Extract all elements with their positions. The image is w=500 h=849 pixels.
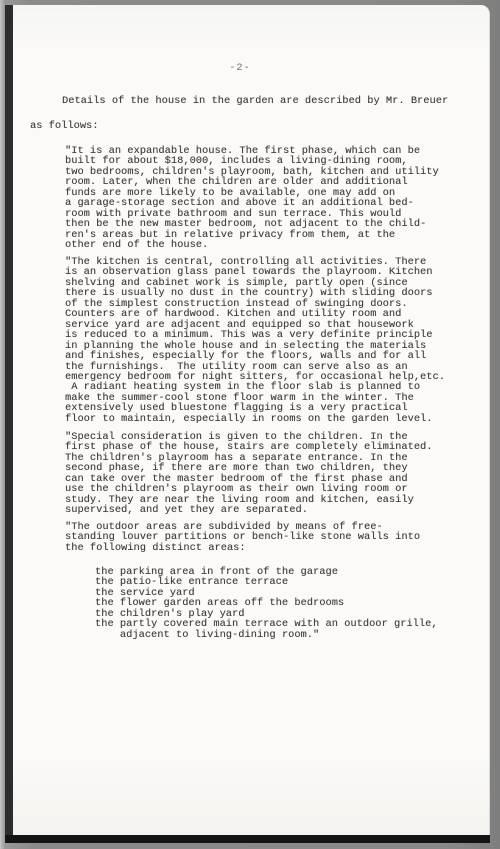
intro-line-2: as follows: <box>30 121 99 131</box>
quote-paragraph-expandable-house: "It is an expandable house. The first ph… <box>65 146 439 251</box>
document-page: -2- Details of the house in the garden a… <box>13 5 490 835</box>
quote-paragraph-kitchen: "The kitchen is central, controlling all… <box>65 257 445 424</box>
scan-left-edge <box>0 0 5 849</box>
scan-background: -2- Details of the house in the garden a… <box>0 0 500 849</box>
quote-paragraph-children: "Special consideration is given to the c… <box>65 432 433 516</box>
quote-paragraph-outdoor-areas: "The outdoor areas are subdivided by mea… <box>65 522 420 553</box>
intro-line-1: Details of the house in the garden are d… <box>62 96 448 106</box>
page-number: -2- <box>13 63 467 73</box>
outdoor-areas-list: the parking area in front of the garage … <box>95 567 438 640</box>
